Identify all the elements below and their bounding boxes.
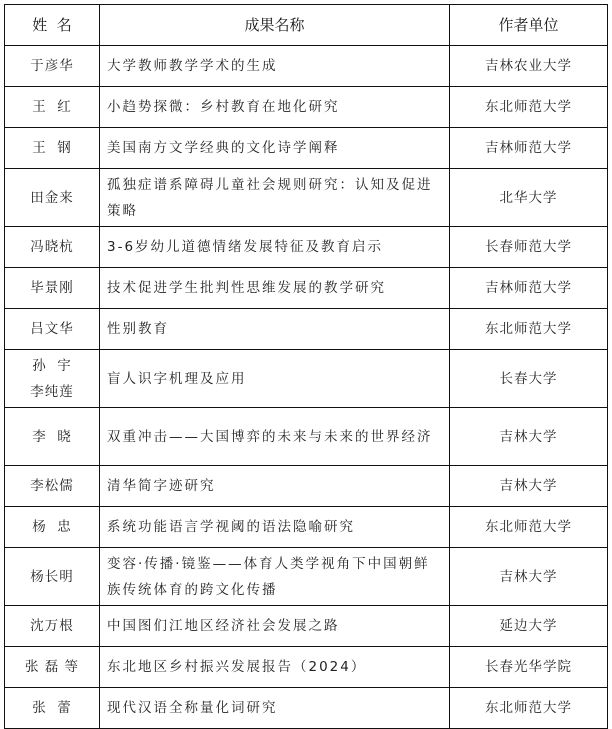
name-cell: 李松儒 (5, 466, 100, 507)
unit-cell: 东北师范大学 (450, 309, 608, 350)
header-name: 姓 名 (5, 5, 100, 46)
name-cell: 张 蕾 (5, 688, 100, 728)
title-cell: 系统功能语言学视阈的语法隐喻研究 (100, 507, 450, 548)
name-cell: 于彦华 (5, 46, 100, 87)
unit-cell: 吉林师范大学 (450, 268, 608, 309)
title-cell: 大学教师教学学术的生成 (100, 46, 450, 87)
title-cell: 清华简字迹研究 (100, 466, 450, 507)
name-cell: 李 晓 (5, 408, 100, 466)
table-row: 田金来孤独症谱系障碍儿童社会规则研究：认知及促进策略北华大学 (5, 169, 608, 227)
title-cell: 小趋势探微：乡村教育在地化研究 (100, 87, 450, 128)
name-cell: 田金来 (5, 169, 100, 227)
table-row: 毕景刚技术促进学生批判性思维发展的教学研究吉林师范大学 (5, 268, 608, 309)
title-cell: 中国图们江地区经济社会发展之路 (100, 606, 450, 647)
name-cell: 毕景刚 (5, 268, 100, 309)
unit-cell: 长春大学 (450, 350, 608, 408)
table-row: 孙 宇 李纯莲盲人识字机理及应用长春大学 (5, 350, 608, 408)
title-cell: 技术促进学生批判性思维发展的教学研究 (100, 268, 450, 309)
table-row: 李松儒清华简字迹研究吉林大学 (5, 466, 608, 507)
title-cell: 现代汉语全称量化词研究 (100, 688, 450, 728)
unit-cell: 吉林大学 (450, 408, 608, 466)
header-row: 姓 名 成果名称 作者单位 (5, 5, 608, 46)
table-row: 冯晓杭3-6岁幼儿道德情绪发展特征及教育启示长春师范大学 (5, 227, 608, 268)
title-cell: 孤独症谱系障碍儿童社会规则研究：认知及促进策略 (100, 169, 450, 227)
header-title: 成果名称 (100, 5, 450, 46)
title-cell: 性别教育 (100, 309, 450, 350)
name-cell: 杨长明 (5, 548, 100, 606)
unit-cell: 长春师范大学 (450, 227, 608, 268)
title-cell: 美国南方文学经典的文化诗学阐释 (100, 128, 450, 169)
table-row: 张 蕾现代汉语全称量化词研究东北师范大学 (5, 688, 608, 728)
title-cell: 双重冲击——大国博弈的未来与未来的世界经济 (100, 408, 450, 466)
name-cell: 冯晓杭 (5, 227, 100, 268)
title-cell: 3-6岁幼儿道德情绪发展特征及教育启示 (100, 227, 450, 268)
unit-cell: 延边大学 (450, 606, 608, 647)
title-cell: 盲人识字机理及应用 (100, 350, 450, 408)
unit-cell: 吉林大学 (450, 466, 608, 507)
title-cell: 变容·传播·镜鉴——体育人类学视角下中国朝鲜族传统体育的跨文化传播 (100, 548, 450, 606)
unit-cell: 北华大学 (450, 169, 608, 227)
name-cell: 吕文华 (5, 309, 100, 350)
name-cell: 王 钢 (5, 128, 100, 169)
header-unit: 作者单位 (450, 5, 608, 46)
name-cell: 沈万根 (5, 606, 100, 647)
unit-cell: 吉林师范大学 (450, 128, 608, 169)
table-row: 张 磊 等东北地区乡村振兴发展报告（2024）长春光华学院 (5, 647, 608, 688)
table-row: 于彦华大学教师教学学术的生成吉林农业大学 (5, 46, 608, 87)
name-cell: 王 红 (5, 87, 100, 128)
title-cell: 东北地区乡村振兴发展报告（2024） (100, 647, 450, 688)
name-cell: 孙 宇 李纯莲 (5, 350, 100, 408)
unit-cell: 东北师范大学 (450, 87, 608, 128)
name-cell: 杨 忠 (5, 507, 100, 548)
unit-cell: 长春光华学院 (450, 647, 608, 688)
table-row: 杨 忠系统功能语言学视阈的语法隐喻研究东北师范大学 (5, 507, 608, 548)
unit-cell: 吉林大学 (450, 548, 608, 606)
table-row: 吕文华性别教育东北师范大学 (5, 309, 608, 350)
table-row: 李 晓双重冲击——大国博弈的未来与未来的世界经济吉林大学 (5, 408, 608, 466)
unit-cell: 吉林农业大学 (450, 46, 608, 87)
table-row: 王 红小趋势探微：乡村教育在地化研究东北师范大学 (5, 87, 608, 128)
table-row: 沈万根中国图们江地区经济社会发展之路延边大学 (5, 606, 608, 647)
achievements-table: 姓 名 成果名称 作者单位 于彦华大学教师教学学术的生成吉林农业大学王 红小趋势… (4, 4, 608, 727)
table-row: 杨长明变容·传播·镜鉴——体育人类学视角下中国朝鲜族传统体育的跨文化传播吉林大学 (5, 548, 608, 606)
table-row: 王 钢美国南方文学经典的文化诗学阐释吉林师范大学 (5, 128, 608, 169)
unit-cell: 东北师范大学 (450, 507, 608, 548)
unit-cell: 东北师范大学 (450, 688, 608, 728)
name-cell: 张 磊 等 (5, 647, 100, 688)
